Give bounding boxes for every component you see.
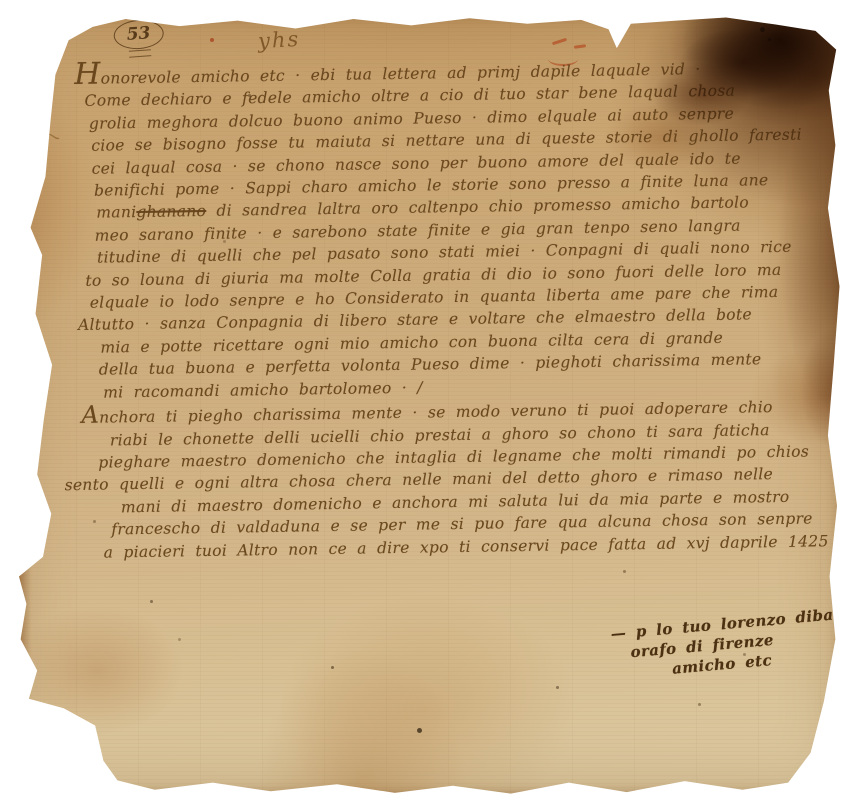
word-prefix: mani: [96, 203, 136, 222]
signature-block: — p lo tuo lorenzo dibartolo orafo di fi…: [610, 601, 846, 684]
red-ink-dot: [210, 38, 214, 42]
archival-number-circle: 53: [113, 18, 165, 50]
margin-squiggle-mark: [28, 130, 62, 154]
struck-word: ghanano: [136, 202, 206, 221]
ihs-monogram: yhs: [257, 27, 300, 53]
double-underline: [129, 49, 151, 58]
squiggle-icon: [28, 130, 62, 150]
red-ink-mark: [574, 44, 586, 49]
red-ink-mark: [552, 38, 567, 45]
archival-number: 53: [113, 18, 165, 58]
letter-body: Honorevole amicho etc · ebi tua lettera …: [74, 52, 822, 563]
margin-dots-mark: ·¦: [22, 84, 29, 97]
torn-edge-left: [11, 547, 31, 782]
manuscript-page: 53 yhs ·¦ Honorevole amicho etc · ebi tu…: [14, 12, 842, 796]
